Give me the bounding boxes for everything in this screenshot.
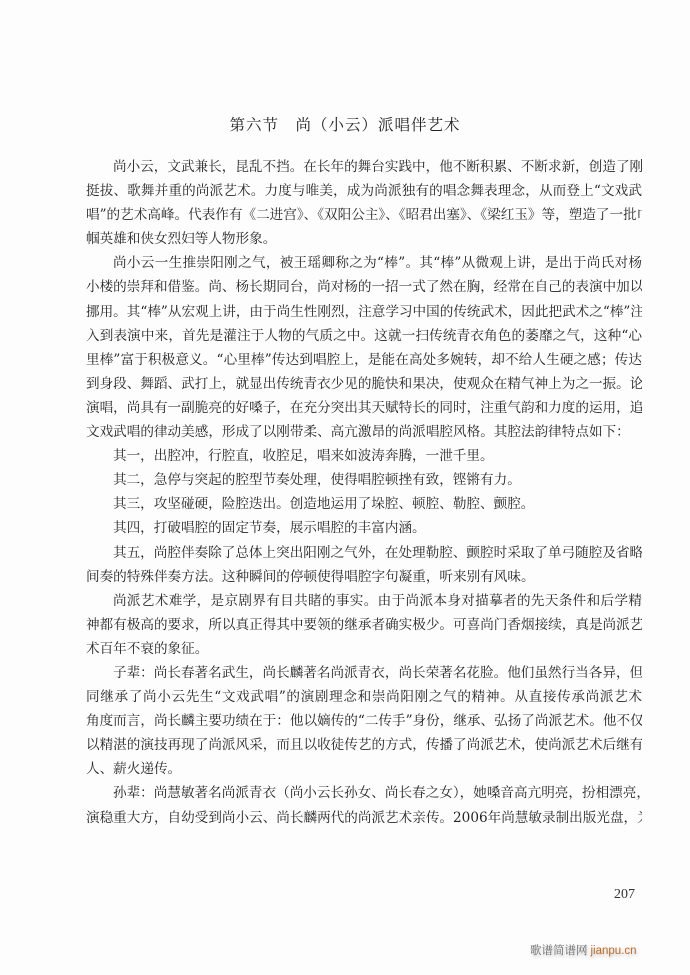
text-line: 唱”的艺术高峰。代表作有《二进宫》、《双阳公主》、《昭君出塞》、《梁红玉》等，塑… [86, 203, 642, 227]
text-line: 挪用。其“棒”从宏观上讲，由于尚生性刚烈，注意学习中国的传统武术，因此把武术之“… [86, 300, 642, 324]
section-title: 第六节 尚（小云）派唱伴艺术 [0, 113, 690, 135]
text-line: 尚小云，文武兼长，昆乱不挡。在长年的舞台实践中，他不断积累、不断求新，创造了刚劲 [86, 155, 642, 179]
text-line: 术百年不衰的象征。 [86, 637, 642, 661]
text-line: 挺拔、歌舞并重的尚派艺术。力度与唯美，成为尚派独有的唱念舞表理念，从而登上“文戏… [86, 179, 642, 203]
text-line: 文戏武唱的律动美感，形成了以刚带柔、高亢激昂的尚派唱腔风格。其腔法韵律特点如下： [86, 420, 642, 444]
text-line: 里棒”富于积极意义。“心里棒”传达到唱腔上，是能在高处多婉转，却不给人生硬之感；… [86, 348, 642, 372]
list-item: 其三，攻坚碰硬，险腔迭出。创造地运用了垛腔、顿腔、勒腔、颤腔。 [86, 492, 642, 516]
text-line: 人、薪火递传。 [86, 757, 642, 781]
text-line: 入到表演中来，首先是灌注于人物的气质之中。这就一扫传统青衣角色的萎靡之气，这种“… [86, 324, 642, 348]
document-page: 第六节 尚（小云）派唱伴艺术 尚小云，文武兼长，昆乱不挡。在长年的舞台实践中，他… [0, 0, 690, 975]
text-line: 到身段、舞蹈、武打上，就显出传统青衣少见的脆快和果决，使观众在精气神上为之一振。… [86, 372, 642, 396]
list-item: 其四，打破唱腔的固定节奏，展示唱腔的丰富内涵。 [86, 516, 642, 540]
text-line: 神都有极高的要求，所以真正得其中要领的继承者确实极少。可喜尚门香烟接续，真是尚派… [86, 613, 642, 637]
list-item: 其二，急停与突起的腔型节奏处理，使得唱腔顿挫有致，铿锵有力。 [86, 468, 642, 492]
text-line: 间奏的特殊伴奏方法。这种瞬间的停顿使得唱腔字句凝重，听来别有风味。 [86, 565, 642, 589]
body-text: 尚小云，文武兼长，昆乱不挡。在长年的舞台实践中，他不断积累、不断求新，创造了刚劲… [86, 155, 642, 830]
text-line: 尚小云一生推崇阳刚之气，被王瑶卿称之为“棒”。其“棒”从微观上讲，是出于尚氏对杨 [86, 251, 642, 275]
text-line: 以精湛的演技再现了尚派风采，而且以收徒传艺的方式，传播了尚派艺术，使尚派艺术后继… [86, 733, 642, 757]
watermark-site-name: 歌谱简谱网 [530, 943, 588, 957]
text-line: 孙辈：尚慧敏著名尚派青衣（尚小云长孙女、尚长春之女），她嗓音高亢明亮，扮相漂亮，… [86, 781, 642, 805]
text-line: 演唱，尚具有一副脆亮的好嗓子，在充分突出其天赋特长的同时，注重气韵和力度的运用，… [86, 396, 642, 420]
list-item: 其一，出腔冲，行腔直，收腔足，唱来如波涛奔腾，一泄千里。 [86, 444, 642, 468]
watermark-url: jianpu.cn [591, 945, 637, 957]
text-line: 尚派艺术难学，是京剧界有目共睹的事实。由于尚派本身对描摹者的先天条件和后学精 [86, 589, 642, 613]
watermark: 歌谱简谱网jianpu.cn [530, 942, 637, 958]
text-line: 同继承了尚小云先生“文戏武唱”的演剧理念和崇尚阳刚之气的精神。从直接传承尚派艺术 [86, 685, 642, 709]
text-line: 小楼的崇拜和借鉴。尚、杨长期同台，尚对杨的一招一式了然在胸，经常在自己的表演中加… [86, 275, 642, 299]
page-number: 207 [614, 887, 635, 903]
text-line: 角度而言，尚长麟主要功绩在于：他以嫡传的“二传手”身份，继承、弘扬了尚派艺术。他… [86, 709, 642, 733]
text-line: 帼英雄和侠女烈妇等人物形象。 [86, 227, 642, 251]
text-line: 子辈：尚长春著名武生，尚长麟著名尚派青衣，尚长荣著名花脸。他们虽然行当各异，但共 [86, 661, 642, 685]
text-line: 演稳重大方，自幼受到尚小云、尚长麟两代的尚派艺术亲传。2006年尚慧敏录制出版光… [86, 806, 642, 830]
list-item: 其五，尚腔伴奏除了总体上突出阳刚之气外，在处理勒腔、颤腔时采取了单弓随腔及省略 [86, 541, 642, 565]
